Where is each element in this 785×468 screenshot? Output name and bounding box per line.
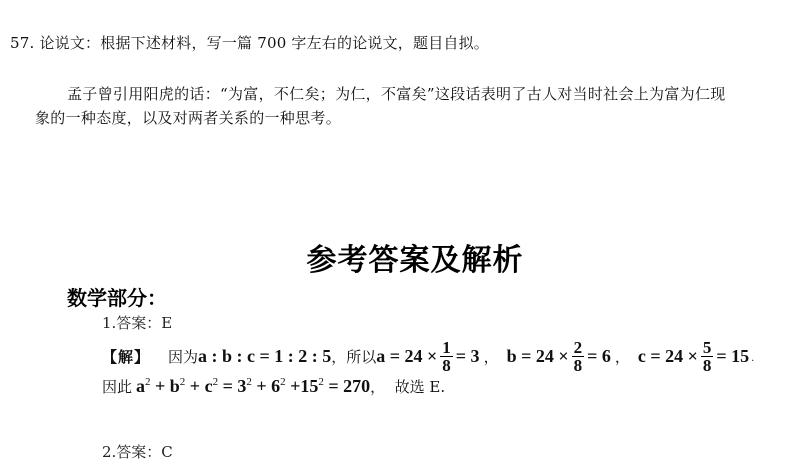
fraction-numerator: 2 bbox=[572, 339, 585, 357]
math-section-heading: 数学部分： bbox=[67, 282, 167, 311]
num-3: 3 bbox=[237, 376, 246, 396]
b-expression: b = 24 × bbox=[507, 346, 569, 367]
c-result: = 15 bbox=[716, 346, 749, 367]
material-line-2: 象的一种态度，以及对两者关系的一种思考。 bbox=[35, 107, 341, 128]
exponent: 2 bbox=[145, 376, 151, 388]
a-expression: a = 24 × bbox=[376, 346, 437, 367]
fraction-numerator: 1 bbox=[440, 339, 453, 357]
equals: = bbox=[223, 376, 233, 396]
question-number: 57. bbox=[10, 34, 34, 52]
solution-tag: 【解】 bbox=[102, 346, 150, 367]
answer-1-solution: 【解】 因为 a : b : c = 1 : 2 : 5 ，所以 a = 24 … bbox=[102, 336, 754, 376]
plus: + bbox=[290, 376, 300, 396]
exponent: 2 bbox=[280, 376, 286, 388]
plus: + bbox=[256, 376, 266, 396]
conclusion-suffix: ， 故选 E. bbox=[370, 376, 445, 397]
exponent: 2 bbox=[318, 376, 324, 388]
fraction-c: 5 8 bbox=[701, 339, 714, 374]
c-expression: c = 24 × bbox=[638, 346, 698, 367]
answers-title: 参考答案及解析 bbox=[0, 235, 785, 279]
exponent: 2 bbox=[246, 376, 252, 388]
answer-1-conclusion: 因此 a2 + b2 + c2 = 32 + 62 +152 = 270 ， 故… bbox=[102, 376, 445, 397]
ratio-expression: a : b : c = 1 : 2 : 5 bbox=[198, 346, 331, 367]
var-c: c bbox=[205, 376, 213, 396]
answer-2-label: 2.答案：C bbox=[102, 441, 173, 462]
fraction-b: 2 8 bbox=[572, 339, 585, 374]
plus: + bbox=[190, 376, 200, 396]
period: . bbox=[751, 353, 754, 364]
solution-so: ，所以 bbox=[331, 346, 376, 367]
solution-intro: 因为 bbox=[168, 346, 198, 367]
question-57: 57. 论说文：根据下述材料，写一篇 700 字左右的论说文，题目自拟。 bbox=[10, 32, 489, 53]
exponent: 2 bbox=[180, 376, 186, 388]
question-text: 论说文：根据下述材料，写一篇 700 字左右的论说文，题目自拟。 bbox=[39, 34, 489, 52]
fraction-numerator: 5 bbox=[701, 339, 714, 357]
conclusion-prefix: 因此 bbox=[102, 376, 132, 397]
var-b: b bbox=[170, 376, 180, 396]
comma: ， bbox=[484, 346, 499, 367]
fraction-denominator: 8 bbox=[572, 357, 585, 374]
fraction-denominator: 8 bbox=[701, 357, 714, 374]
material-line-1: 孟子曾引用阳虎的话：“为富，不仁矣；为仁，不富矣”这段话表明了古人对当时社会上为… bbox=[67, 83, 726, 104]
num-15: 15 bbox=[300, 376, 318, 396]
sum-of-squares-expression: a2 + b2 + c2 = 32 + 62 +152 = 270 bbox=[136, 376, 370, 397]
fraction-a: 1 8 bbox=[440, 339, 453, 374]
exponent: 2 bbox=[213, 376, 219, 388]
sum-result: = 270 bbox=[328, 376, 370, 396]
plus: + bbox=[155, 376, 165, 396]
fraction-denominator: 8 bbox=[440, 357, 453, 374]
comma: ， bbox=[615, 346, 630, 367]
var-a: a bbox=[136, 376, 145, 396]
num-6: 6 bbox=[271, 376, 280, 396]
b-result: = 6 bbox=[587, 346, 611, 367]
a-result: = 3 bbox=[456, 346, 480, 367]
answer-1-label: 1.答案：E bbox=[102, 312, 172, 333]
